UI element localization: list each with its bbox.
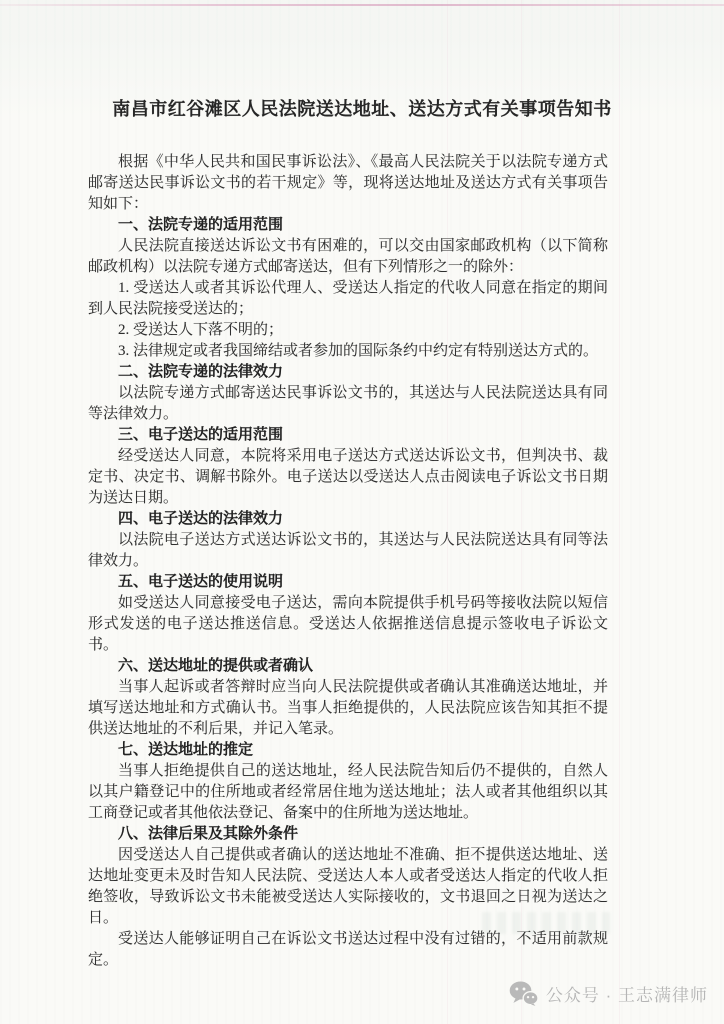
document-body: 根据《中华人民共和国民事诉讼法》、《最高人民法院关于以法院专递方式邮寄送达民事诉… [88, 152, 608, 971]
section-heading: 八、法律后果及其除外条件 [88, 824, 608, 845]
section-paragraph: 当事人起诉或者答辩时应当向人民法院提供或者确认其准确送达地址，并填写送达地址和方… [88, 677, 608, 740]
section-paragraph: 以法院电子送达方式送达诉讼文书的，其送达与人民法院送达具有同等法律效力。 [88, 530, 608, 572]
section-heading: 五、电子送达的使用说明 [88, 572, 608, 593]
scan-edge-artifact [0, 4, 724, 6]
document-title: 南昌市红谷滩区人民法院送达地址、送达方式有关事项告知书 [0, 96, 724, 122]
watermark: 公众号 · 王志满律师 [509, 981, 708, 1006]
section-heading: 三、电子送达的适用范围 [88, 425, 608, 446]
scan-hairline-artifact [619, 0, 620, 1024]
section-paragraph: 以法院专递方式邮寄送达民事诉讼文书的，其送达与人民法院送达具有同等法律效力。 [88, 383, 608, 425]
section-heading: 七、送达地址的推定 [88, 740, 608, 761]
section-heading: 六、送达地址的提供或者确认 [88, 656, 608, 677]
section-paragraph: 当事人拒绝提供自己的送达地址，经人民法院告知后仍不提供的，自然人以其户籍登记中的… [88, 761, 608, 824]
section-paragraph: 如受送达人同意接受电子送达，需向本院提供手机号码等接收法院以短信形式发送的电子送… [88, 593, 608, 656]
section-paragraph: 受送达人能够证明自己在诉讼文书送达过程中没有过错的，不适用前款规定。 [88, 929, 608, 971]
section-paragraph: 2. 受送达人下落不明的； [88, 320, 608, 341]
section-paragraph: 因受送达人自己提供或者确认的送达地址不准确、拒不提供送达地址、送达地址变更未及时… [88, 845, 608, 929]
section-paragraph: 经受送达人同意，本院将采用电子送达方式送达诉讼文书，但判决书、裁定书、决定书、调… [88, 446, 608, 509]
section-heading: 二、法院专递的法律效力 [88, 362, 608, 383]
section-heading: 四、电子送达的法律效力 [88, 509, 608, 530]
section-paragraph: 人民法院直接送达诉讼文书有困难的，可以交由国家邮政机构（以下简称邮政机构）以法院… [88, 236, 608, 278]
section-paragraph: 1. 受送达人或者其诉讼代理人、受送达人指定的代收人同意在指定的期间到人民法院接… [88, 278, 608, 320]
wechat-icon [509, 981, 538, 1006]
sections: 一、法院专递的适用范围人民法院直接送达诉讼文书有困难的，可以交由国家邮政机构（以… [88, 215, 608, 971]
section-heading: 一、法院专递的适用范围 [88, 215, 608, 236]
section-paragraph: 3. 法律规定或者我国缔结或者参加的国际条约中约定有特别送达方式的。 [88, 341, 608, 362]
intro-paragraph: 根据《中华人民共和国民事诉讼法》、《最高人民法院关于以法院专递方式邮寄送达民事诉… [88, 152, 608, 215]
watermark-text: 公众号 · 王志满律师 [546, 981, 708, 1006]
